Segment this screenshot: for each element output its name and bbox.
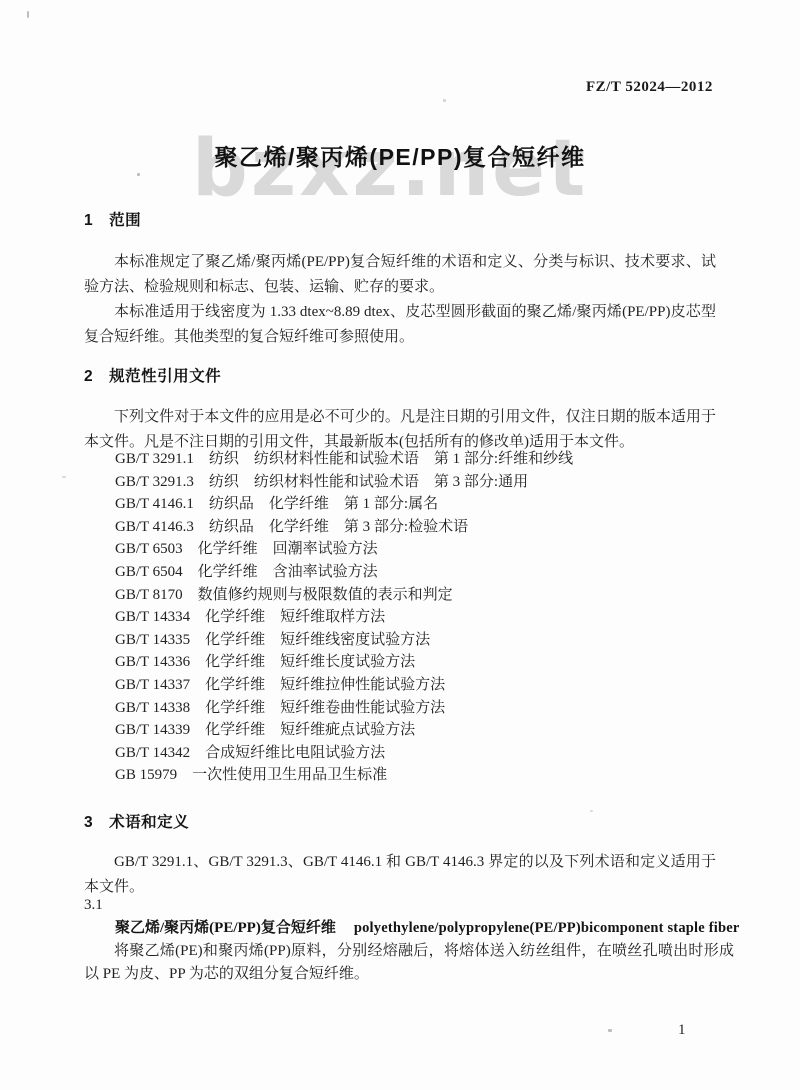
scan-speck [137, 173, 140, 176]
document-page: FZ/T 52024—2012 bzxz.net 聚乙烯/聚丙烯(PE/PP)复… [0, 0, 800, 1090]
scan-speck [608, 1029, 612, 1032]
term-entry-number: 3.1 [84, 893, 716, 918]
reference-item: GB/T 3291.3 纺织 纺织材料性能和试验术语 第 3 部分:通用 [84, 471, 716, 494]
reference-item: GB/T 6504 化学纤维 含油率试验方法 [84, 561, 716, 584]
section-1-paragraph-1: 本标准规定了聚乙烯/聚丙烯(PE/PP)复合短纤维的术语和定义、分类与标识、技术… [84, 250, 716, 300]
term-english: polyethylene/polypropylene(PE/PP)bicompo… [354, 920, 740, 936]
scan-speck [27, 11, 29, 18]
term-chinese: 聚乙烯/聚丙烯(PE/PP)复合短纤维 [115, 920, 336, 936]
reference-item: GB/T 3291.1 纺织 纺织材料性能和试验术语 第 1 部分:纤维和纱线 [84, 448, 716, 471]
term-entry: 聚乙烯/聚丙烯(PE/PP)复合短纤维polyethylene/polyprop… [84, 916, 747, 941]
section-1-heading: 1 范围 [84, 208, 716, 233]
section-3-heading: 3 术语和定义 [84, 810, 716, 835]
reference-item: GB 15979 一次性使用卫生用品卫生标准 [84, 764, 716, 787]
section-2-heading: 2 规范性引用文件 [84, 364, 716, 389]
reference-item: GB/T 14339 化学纤维 短纤维疵点试验方法 [84, 719, 716, 742]
reference-item: GB/T 14334 化学纤维 短纤维取样方法 [84, 606, 716, 629]
reference-item: GB/T 14336 化学纤维 短纤维长度试验方法 [84, 651, 716, 674]
document-title: 聚乙烯/聚丙烯(PE/PP)复合短纤维 [0, 139, 800, 172]
reference-item: GB/T 14342 合成短纤维比电阻试验方法 [84, 742, 716, 765]
reference-item: GB/T 4146.3 纺织品 化学纤维 第 3 部分:检验术语 [84, 516, 716, 539]
reference-item: GB/T 14335 化学纤维 短纤维线密度试验方法 [84, 629, 716, 652]
reference-item: GB/T 14338 化学纤维 短纤维卷曲性能试验方法 [84, 697, 716, 720]
standard-code: FZ/T 52024—2012 [586, 79, 713, 96]
reference-item: GB/T 14337 化学纤维 短纤维拉伸性能试验方法 [84, 674, 716, 697]
term-definition: 将聚乙烯(PE)和聚丙烯(PP)原料，分别经熔融后，将熔体送入纺丝组件，在喷丝孔… [84, 940, 734, 986]
page-number: 1 [678, 1022, 686, 1039]
reference-item: GB/T 8170 数值修约规则与极限数值的表示和判定 [84, 584, 716, 607]
reference-list: GB/T 3291.1 纺织 纺织材料性能和试验术语 第 1 部分:纤维和纱线G… [84, 448, 716, 787]
reference-item: GB/T 4146.1 纺织品 化学纤维 第 1 部分:属名 [84, 493, 716, 516]
section-1-paragraph-2: 本标准适用于线密度为 1.33 dtex~8.89 dtex、皮芯型圆形截面的聚… [84, 300, 716, 350]
reference-item: GB/T 6503 化学纤维 回潮率试验方法 [84, 538, 716, 561]
scan-speck [443, 99, 446, 102]
scan-speck [62, 476, 66, 478]
